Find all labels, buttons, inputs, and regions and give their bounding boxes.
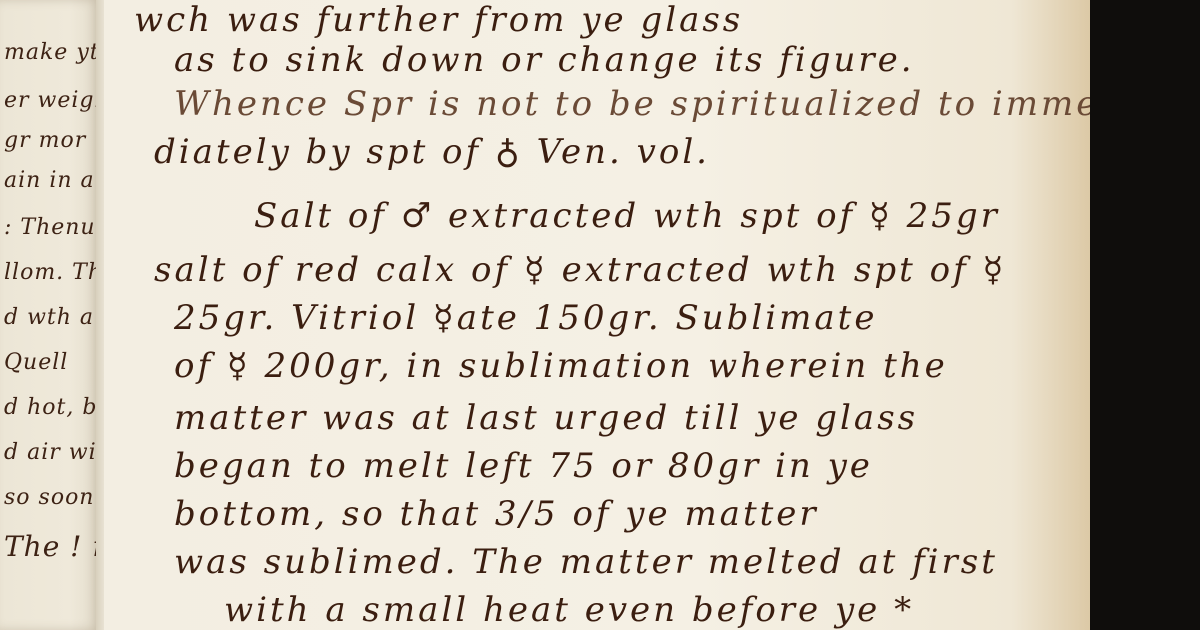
left-line: The ! mall bbox=[4, 530, 100, 563]
left-line: d air wil bbox=[4, 440, 100, 465]
manuscript-line: 25gr. Vitriol ☿ate 150gr. Sublimate bbox=[174, 298, 877, 338]
dark-backdrop bbox=[1090, 0, 1200, 630]
manuscript-line: of ☿ 200gr, in sublimation wherein the bbox=[174, 346, 948, 386]
manuscript-line: bottom, so that 3/5 of ye matter bbox=[174, 494, 819, 534]
manuscript-line: with a small heat even before ye * bbox=[224, 590, 914, 630]
left-page: make yt x er weighin gr mor ain in a k :… bbox=[0, 0, 100, 630]
left-line: llom. Thi bbox=[4, 260, 100, 285]
left-line: : Thenu bbox=[4, 215, 96, 240]
manuscript-line: began to melt left 75 or 80gr in ye bbox=[174, 446, 873, 486]
left-line: make yt x bbox=[4, 40, 100, 65]
left-line: d wth a r bbox=[4, 305, 100, 330]
manuscript-line: matter was at last urged till ye glass bbox=[174, 398, 918, 438]
manuscript-line: wch was further from ye glass bbox=[134, 0, 743, 40]
left-line: Quell bbox=[4, 350, 68, 375]
manuscript-line: as to sink down or change its figure. bbox=[174, 40, 915, 80]
left-line: so soon bbox=[4, 485, 94, 510]
left-line: d hot, bu bbox=[4, 395, 100, 420]
right-page: wch was further from ye glass as to sink… bbox=[104, 0, 1090, 630]
left-line: er weighin bbox=[4, 88, 100, 113]
manuscript-line: diately by spt of ♁ Ven. vol. bbox=[154, 132, 710, 172]
manuscript-line: was sublimed. The matter melted at first bbox=[174, 542, 998, 582]
manuscript-line: Salt of ♂ extracted wth spt of ☿ 25gr bbox=[254, 196, 1000, 236]
manuscript-line: salt of red calx of ☿ extracted wth spt … bbox=[154, 250, 1006, 290]
manuscript-photo: make yt x er weighin gr mor ain in a k :… bbox=[0, 0, 1200, 630]
left-line: ain in a k bbox=[4, 168, 100, 193]
manuscript-line: Whence Spr is not to be spiritualized to… bbox=[174, 84, 1090, 124]
left-line: gr mor bbox=[4, 128, 86, 153]
